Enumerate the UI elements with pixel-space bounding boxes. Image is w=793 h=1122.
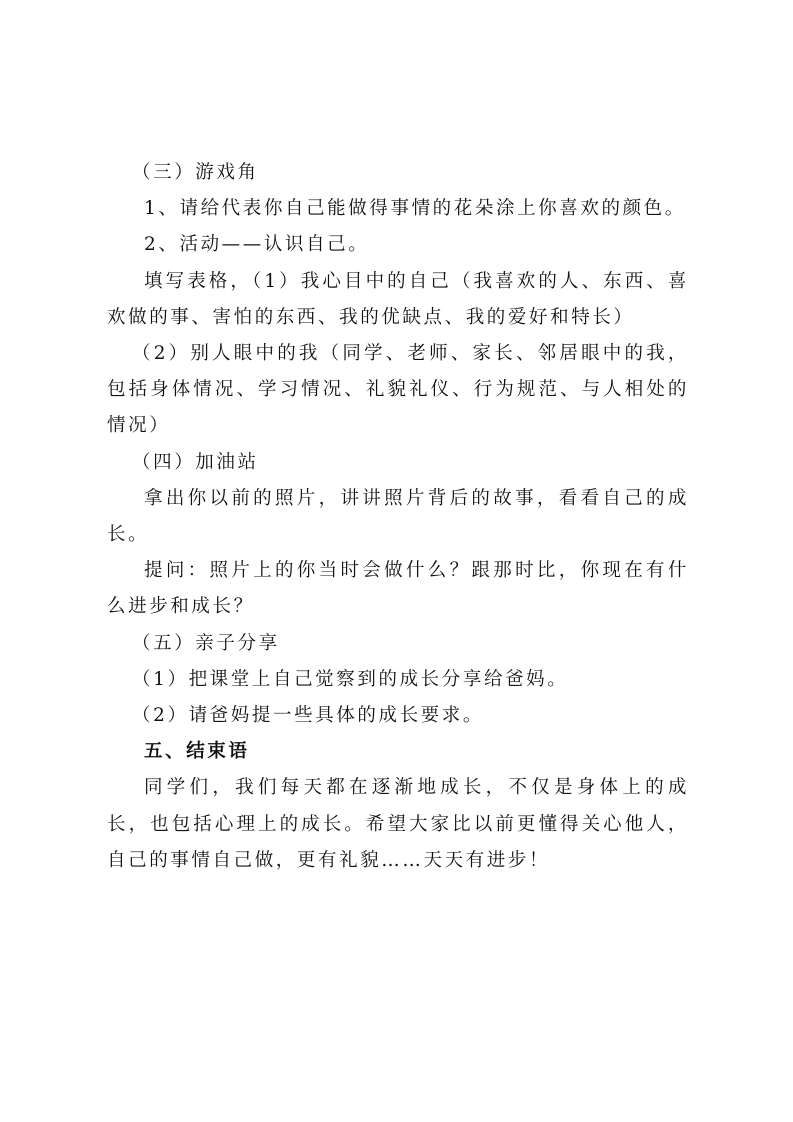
paragraph-fill-form-self: 填写表格，（1）我心目中的自己（我喜欢的人、东西、喜欢做的事、害怕的东西、我的优… bbox=[107, 264, 689, 336]
document-page: （三）游戏角 1、请给代表你自己能做得事情的花朵涂上你喜欢的颜色。 2、活动——… bbox=[107, 155, 689, 879]
section-heading-parent-child-share: （五）亲子分享 bbox=[107, 626, 689, 662]
paragraph-coloring-flowers: 1、请给代表你自己能做得事情的花朵涂上你喜欢的颜色。 bbox=[107, 191, 689, 227]
paragraph-question: 提问：照片上的你当时会做什么？跟那时比，你现在有什么进步和成长？ bbox=[107, 553, 689, 625]
paragraph-share-with-parents: （1）把课堂上自己觉察到的成长分享给爸妈。 bbox=[107, 662, 689, 698]
paragraph-others-view: （2）别人眼中的我（同学、老师、家长、邻居眼中的我，包括身体情况、学习情况、礼貌… bbox=[107, 336, 689, 445]
section-heading-cheer-station: （四）加油站 bbox=[107, 445, 689, 481]
paragraph-old-photos: 拿出你以前的照片，讲讲照片背后的故事，看看自己的成长。 bbox=[107, 481, 689, 553]
paragraph-activity-know-yourself: 2、活动——认识自己。 bbox=[107, 227, 689, 263]
section-heading-game-corner: （三）游戏角 bbox=[107, 155, 689, 191]
paragraph-conclusion: 同学们，我们每天都在逐渐地成长，不仅是身体上的成长，也包括心理上的成长。希望大家… bbox=[107, 770, 689, 879]
section-heading-conclusion: 五、结束语 bbox=[107, 734, 689, 770]
paragraph-parents-requirements: （2）请爸妈提一些具体的成长要求。 bbox=[107, 698, 689, 734]
